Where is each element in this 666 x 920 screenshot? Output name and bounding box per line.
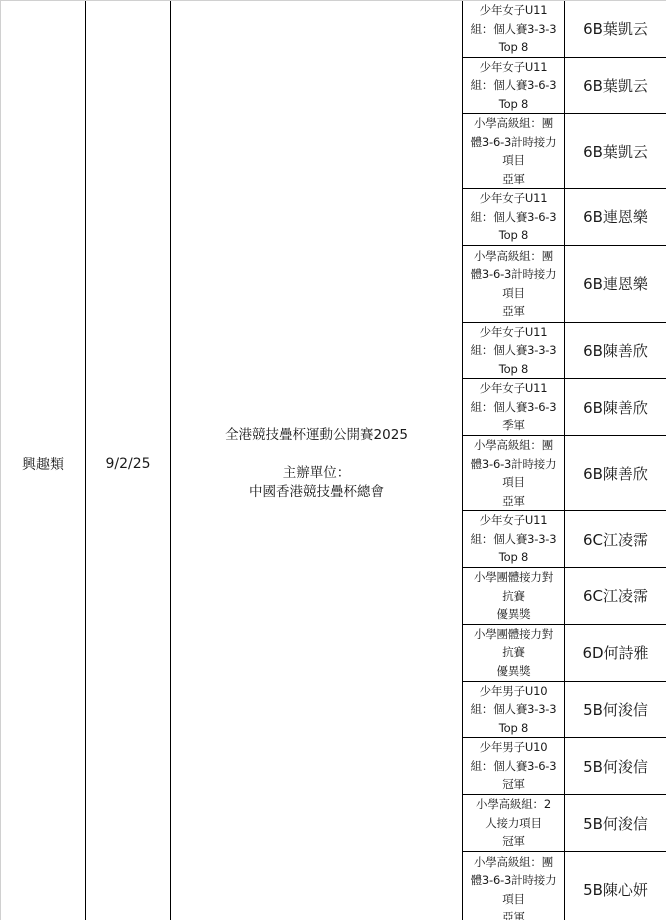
award-cell: 少年女子U11 組：個人賽3-3-3 Top 8 [463, 322, 565, 379]
category-cell: 興趣類 [1, 1, 86, 920]
student-cell: 6B葉凱云 [565, 114, 666, 189]
student-cell: 5B何浚信 [565, 681, 666, 738]
student-cell: 6C江凌霈 [565, 568, 666, 625]
student-cell: 6B葉凱云 [565, 57, 666, 114]
award-cell: 小學高級組：團 體3-6-3計時接力 項目 亞軍 [463, 245, 565, 322]
award-cell: 小學高級組：團 體3-6-3計時接力 項目 亞軍 [463, 114, 565, 189]
award-cell: 小學高級組：團 體3-6-3計時接力 項目 亞軍 [463, 852, 565, 920]
student-cell: 6B連恩樂 [565, 189, 666, 246]
award-cell: 小學團體接力對 抗賽 優異獎 [463, 568, 565, 625]
awards-table: 興趣類 9/2/25 全港競技疊杯運動公開賽2025 主辦單位： 中國香港競技疊… [0, 1, 666, 920]
award-cell: 少年女子U11 組：個人賽3-6-3 Top 8 [463, 57, 565, 114]
event-cell: 全港競技疊杯運動公開賽2025 主辦單位： 中國香港競技疊杯總會 [171, 1, 463, 920]
student-cell: 6C江凌霈 [565, 511, 666, 568]
student-cell: 6B陳善欣 [565, 436, 666, 511]
student-cell: 6B連恩樂 [565, 245, 666, 322]
awards-table-body: 興趣類 9/2/25 全港競技疊杯運動公開賽2025 主辦單位： 中國香港競技疊… [1, 1, 666, 920]
award-cell: 小學高級組：2 人接力項目 冠軍 [463, 795, 565, 852]
student-cell: 5B陳心妍 [565, 852, 666, 920]
award-cell: 小學高級組：團 體3-6-3計時接力 項目 亞軍 [463, 436, 565, 511]
student-cell: 6D何詩雅 [565, 624, 666, 681]
date-cell: 9/2/25 [86, 1, 171, 920]
student-cell: 5B何浚信 [565, 738, 666, 795]
event-spacer [171, 445, 462, 464]
student-cell: 6B陳善欣 [565, 322, 666, 379]
table-row: 興趣類 9/2/25 全港競技疊杯運動公開賽2025 主辦單位： 中國香港競技疊… [1, 1, 666, 57]
award-cell: 小學團體接力對 抗賽 優異獎 [463, 624, 565, 681]
student-cell: 6B葉凱云 [565, 1, 666, 57]
student-cell: 5B何浚信 [565, 795, 666, 852]
award-cell: 少年男子U10 組：個人賽3-6-3 冠軍 [463, 738, 565, 795]
organizer-label: 主辦單位： [171, 464, 462, 483]
award-cell: 少年女子U11 組：個人賽3-3-3 Top 8 [463, 1, 565, 57]
event-title: 全港競技疊杯運動公開賽2025 [171, 426, 462, 445]
award-cell: 少年女子U11 組：個人賽3-3-3 Top 8 [463, 511, 565, 568]
award-cell: 少年女子U11 組：個人賽3-6-3 季軍 [463, 379, 565, 436]
organizer-name: 中國香港競技疊杯總會 [171, 483, 462, 502]
award-cell: 少年男子U10 組：個人賽3-3-3 Top 8 [463, 681, 565, 738]
award-cell: 少年女子U11 組：個人賽3-6-3 Top 8 [463, 189, 565, 246]
student-cell: 6B陳善欣 [565, 379, 666, 436]
